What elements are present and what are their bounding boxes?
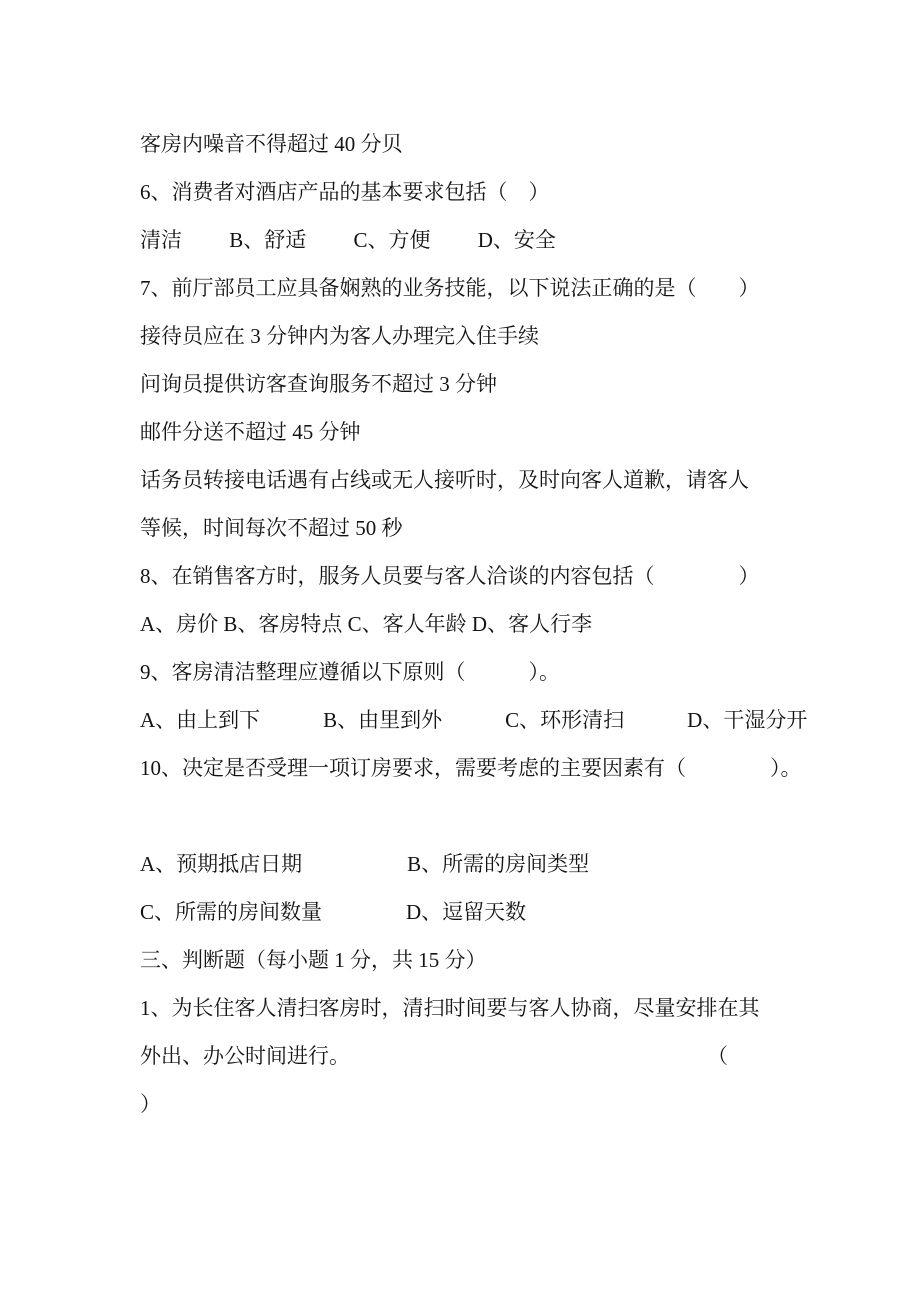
document-line: 邮件分送不超过 45 分钟 bbox=[140, 408, 840, 456]
document-line bbox=[140, 792, 840, 840]
document-line: A、房价 B、客房特点 C、客人年龄 D、客人行李 bbox=[140, 600, 840, 648]
document-line: 外出、办公时间进行。 （ bbox=[140, 1032, 840, 1080]
document-line: ） bbox=[140, 1080, 840, 1128]
document-line: 7、前厅部员工应具备娴熟的业务技能，以下说法正确的是（ ） bbox=[140, 264, 840, 312]
document-line: 话务员转接电话遇有占线或无人接听时，及时向客人道歉，请客人 bbox=[140, 456, 840, 504]
document-line: 等候，时间每次不超过 50 秒 bbox=[140, 504, 840, 552]
document-line: A、预期抵店日期 B、所需的房间类型 bbox=[140, 840, 840, 888]
document-line: 接待员应在 3 分钟内为客人办理完入住手续 bbox=[140, 312, 840, 360]
document-line: 客房内噪音不得超过 40 分贝 bbox=[140, 120, 840, 168]
document-page: 客房内噪音不得超过 40 分贝6、消费者对酒店产品的基本要求包括（ ）清洁 B、… bbox=[0, 0, 920, 1302]
document-line: 三、判断题（每小题 1 分，共 15 分） bbox=[140, 936, 840, 984]
document-line: C、所需的房间数量 D、逗留天数 bbox=[140, 888, 840, 936]
document-line: 9、客房清洁整理应遵循以下原则（ ）。 bbox=[140, 648, 840, 696]
document-line: 问询员提供访客查询服务不超过 3 分钟 bbox=[140, 360, 840, 408]
document-body: 客房内噪音不得超过 40 分贝6、消费者对酒店产品的基本要求包括（ ）清洁 B、… bbox=[140, 120, 840, 1128]
document-line: A、由上到下 B、由里到外 C、环形清扫 D、干湿分开 bbox=[140, 696, 840, 744]
document-line: 清洁 B、舒适 C、方便 D、安全 bbox=[140, 216, 840, 264]
document-line: 10、决定是否受理一项订房要求，需要考虑的主要因素有（ ）。 bbox=[140, 744, 840, 792]
document-line: 6、消费者对酒店产品的基本要求包括（ ） bbox=[140, 168, 840, 216]
document-line: 1、为长住客人清扫客房时，清扫时间要与客人协商，尽量安排在其 bbox=[140, 984, 840, 1032]
document-line: 8、在销售客方时，服务人员要与客人洽谈的内容包括（ ） bbox=[140, 552, 840, 600]
